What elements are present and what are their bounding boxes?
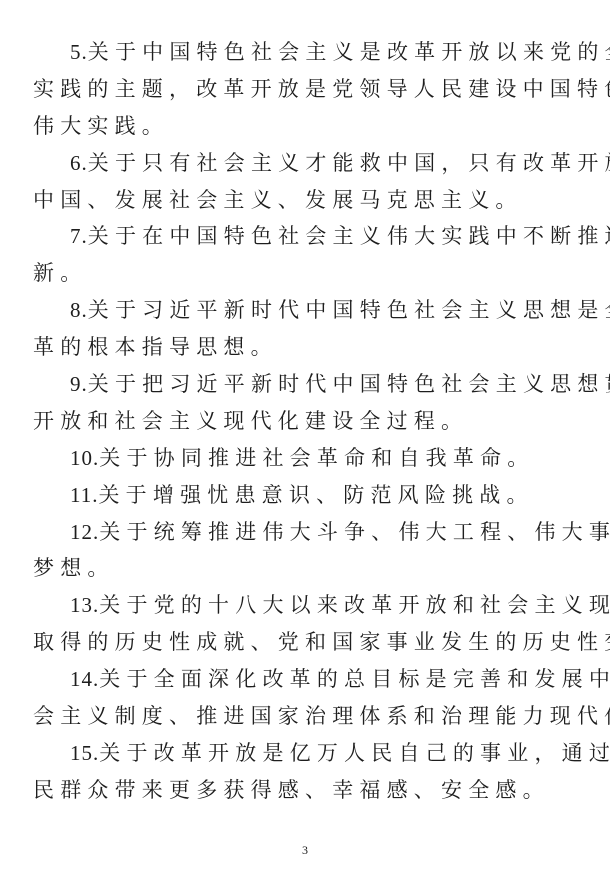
item-5-line-3: 伟大实践。 (33, 108, 573, 145)
item-6-line-1: 6.关于只有社会主义才能救中国，只有改革开放才能发展 (33, 145, 573, 182)
item-8-line-1: 8.关于习近平新时代中国特色社会主义思想是全面深化改 (33, 292, 573, 329)
item-number: 8. (70, 298, 88, 322)
item-12-line-2: 梦想。 (33, 550, 573, 587)
item-text: 关于党的十八大以来改革开放和社会主义现代化建设 (99, 593, 610, 617)
item-number: 7. (70, 224, 88, 248)
item-11-line-1: 11.关于增强忧患意识、防范风险挑战。 (33, 477, 573, 514)
item-text: 关于中国特色社会主义是改革开放以来党的全部理论和 (88, 40, 610, 64)
item-number: 14. (70, 667, 99, 691)
item-text: 关于全面深化改革的总目标是完善和发展中国特色社 (99, 667, 610, 691)
item-7-line-2: 新。 (33, 255, 573, 292)
document-body: 5.关于中国特色社会主义是改革开放以来党的全部理论和 实践的主题，改革开放是党领… (33, 34, 573, 809)
item-text: 关于增强忧患意识、防范风险挑战。 (98, 483, 533, 507)
item-6-line-2: 中国、发展社会主义、发展马克思主义。 (33, 182, 573, 219)
item-13-line-2: 取得的历史性成就、党和国家事业发生的历史性变革。 (33, 624, 573, 661)
item-text: 关于把习近平新时代中国特色社会主义思想贯彻到改革 (88, 372, 610, 396)
page-number: 3 (0, 843, 610, 858)
item-5-line-1: 5.关于中国特色社会主义是改革开放以来党的全部理论和 (33, 34, 573, 71)
item-number: 12. (70, 520, 99, 544)
item-number: 13. (70, 593, 99, 617)
item-14-line-1: 14.关于全面深化改革的总目标是完善和发展中国特色社 (33, 661, 573, 698)
item-text: 关于协同推进社会革命和自我革命。 (99, 446, 534, 470)
item-9-line-1: 9.关于把习近平新时代中国特色社会主义思想贯彻到改革 (33, 366, 573, 403)
item-number: 5. (70, 40, 88, 64)
item-number: 6. (70, 151, 88, 175)
item-12-line-1: 12.关于统筹推进伟大斗争、伟大工程、伟大事业、伟大 (33, 514, 573, 551)
item-text: 关于改革开放是亿万人民自己的事业，通过改革给人 (99, 741, 610, 765)
item-14-line-2: 会主义制度、推进国家治理体系和治理能力现代化。 (33, 698, 573, 735)
item-number: 11. (70, 483, 98, 507)
item-text: 关于在中国特色社会主义伟大实践中不断推进理论创 (88, 224, 610, 248)
item-15-line-1: 15.关于改革开放是亿万人民自己的事业，通过改革给人 (33, 735, 573, 772)
item-15-line-2: 民群众带来更多获得感、幸福感、安全感。 (33, 772, 573, 809)
item-13-line-1: 13.关于党的十八大以来改革开放和社会主义现代化建设 (33, 587, 573, 624)
document-page: 5.关于中国特色社会主义是改革开放以来党的全部理论和 实践的主题，改革开放是党领… (0, 0, 610, 894)
item-8-line-2: 革的根本指导思想。 (33, 329, 573, 366)
item-number: 15. (70, 741, 99, 765)
item-text: 关于习近平新时代中国特色社会主义思想是全面深化改 (88, 298, 610, 322)
item-9-line-2: 开放和社会主义现代化建设全过程。 (33, 403, 573, 440)
item-5-line-2: 实践的主题，改革开放是党领导人民建设中国特色社会主义的 (33, 71, 573, 108)
item-7-line-1: 7.关于在中国特色社会主义伟大实践中不断推进理论创 (33, 218, 573, 255)
item-text: 关于统筹推进伟大斗争、伟大工程、伟大事业、伟大 (99, 520, 610, 544)
item-number: 9. (70, 372, 88, 396)
item-text: 关于只有社会主义才能救中国，只有改革开放才能发展 (88, 151, 610, 175)
item-number: 10. (70, 446, 99, 470)
item-10-line-1: 10.关于协同推进社会革命和自我革命。 (33, 440, 573, 477)
